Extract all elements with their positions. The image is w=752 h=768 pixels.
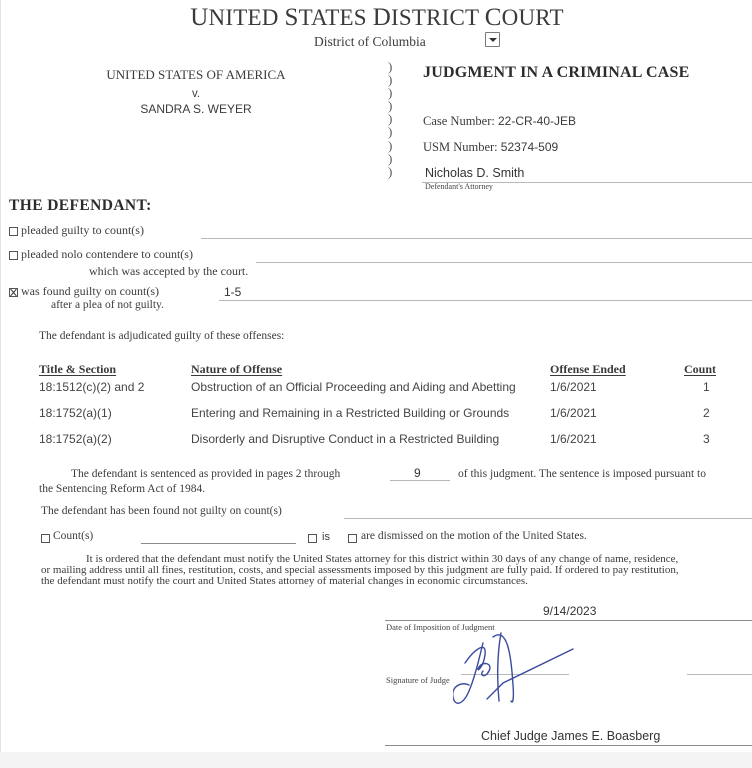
offense-nature: Entering and Remaining in a Restricted B… [191,406,509,420]
offense-nature: Obstruction of an Official Proceeding an… [191,380,516,394]
is-label: is [322,531,330,543]
offense-count: 2 [703,406,710,420]
found-guilty-field[interactable] [219,300,752,301]
header-count: Count [684,362,716,377]
header-title-section: Title & Section [39,362,116,377]
case-number-field: Case Number: 22-CR-40-JEB [423,114,576,129]
nolo-contendere-label: pleaded nolo contendere to count(s) [21,247,193,262]
header-offense-ended: Offense Ended [550,362,626,377]
offense-count: 1 [703,380,710,394]
pleaded-guilty-label: pleaded guilty to count(s) [21,223,144,238]
found-guilty-label: was found guilty on count(s) [21,284,159,299]
nolo-contendere-checkbox[interactable] [9,251,18,260]
court-title-part: U [190,4,208,31]
nolo-contendere-sublabel: which was accepted by the court. [89,264,248,279]
usm-number-value: 52374-509 [501,140,558,154]
judge-name-underline [385,745,752,746]
offense-ended: 1/6/2021 [550,432,597,446]
offense-count: 3 [703,432,710,446]
order-line-2: or mailing address until all fines, rest… [41,565,679,576]
case-number-label: Case Number: [423,114,495,128]
offense-section: 18:1512(c)(2) and 2 [39,380,144,394]
usm-number-field: USM Number: 52374-509 [423,140,558,155]
offense-section: 18:1752(a)(1) [39,406,112,420]
district-name: District of Columbia [314,34,426,50]
offense-ended: 1/6/2021 [550,380,597,394]
judgment-title: JUDGMENT IN A CRIMINAL CASE [423,64,689,82]
sentence-text-line2: the Sentencing Reform Act of 1984. [39,483,205,495]
counts-checkbox[interactable] [41,534,50,543]
court-title-part: ISTRICT [391,5,485,30]
defendant-section-title: THE DEFENDANT: [9,197,152,215]
judgment-page: UNITED STATES DISTRICT COURT District of… [0,0,752,752]
court-title-part: OURT [502,5,564,30]
sentence-pages-underline [390,480,450,481]
adjudicated-text: The defendant is adjudicated guilty of t… [39,330,284,342]
case-number-value: 22-CR-40-JEB [498,114,576,128]
attorney-label: Defendant's Attorney [425,182,493,191]
signature-label: Signature of Judge [386,675,450,685]
counts-field[interactable] [141,543,296,544]
order-line-1: It is ordered that the defendant must no… [86,554,678,565]
viewer-background [0,752,752,768]
district-dropdown-icon[interactable] [485,32,500,47]
caption-parentheses: ) ) ) ) ) ) ) ) ) [388,60,392,178]
header-nature-of-offense: Nature of Offense [191,362,282,377]
plaintiff-name: UNITED STATES OF AMERICA [71,67,321,83]
court-title-part: TATES [299,5,373,30]
sentence-text-after: of this judgment. The sentence is impose… [458,468,706,480]
order-line-3: the defendant must notify the court and … [41,576,528,587]
sentence-text-before: The defendant is sentenced as provided i… [71,468,340,480]
judge-signature-icon [453,625,613,715]
imposition-date-underline [385,620,752,621]
court-title-part: NITED [209,5,285,30]
found-guilty-checkbox[interactable] [9,288,18,297]
versus-label: v. [71,88,321,100]
pleaded-guilty-checkbox[interactable] [9,227,18,236]
are-dismissed-label: are dismissed on the motion of the Unite… [361,530,587,542]
court-title-part: S [284,4,298,31]
usm-number-label: USM Number: [423,140,498,154]
defendant-name: SANDRA S. WEYER [71,102,321,116]
attorney-name: Nicholas D. Smith [425,166,524,180]
pleaded-guilty-field[interactable] [201,238,752,239]
not-guilty-text: The defendant has been found not guilty … [41,505,282,517]
offense-section: 18:1752(a)(2) [39,432,112,446]
not-guilty-field[interactable] [344,518,752,519]
signature-underline-right [687,674,752,675]
imposition-date: 9/14/2023 [543,604,596,618]
court-title: UNITED STATES DISTRICT COURT [1,4,752,32]
found-guilty-sublabel: after a plea of not guilty. [51,299,164,311]
offense-nature: Disorderly and Disruptive Conduct in a R… [191,432,499,446]
are-dismissed-checkbox[interactable] [348,534,357,543]
nolo-contendere-field[interactable] [256,262,752,263]
offense-ended: 1/6/2021 [550,406,597,420]
sentence-pages-value: 9 [414,466,421,480]
counts-label: Count(s) [53,530,93,542]
court-title-part: D [373,4,391,31]
court-title-part: C [485,4,502,31]
judge-name: Chief Judge James E. Boasberg [481,729,660,743]
found-guilty-counts-value[interactable]: 1-5 [224,285,241,299]
is-checkbox[interactable] [308,534,317,543]
